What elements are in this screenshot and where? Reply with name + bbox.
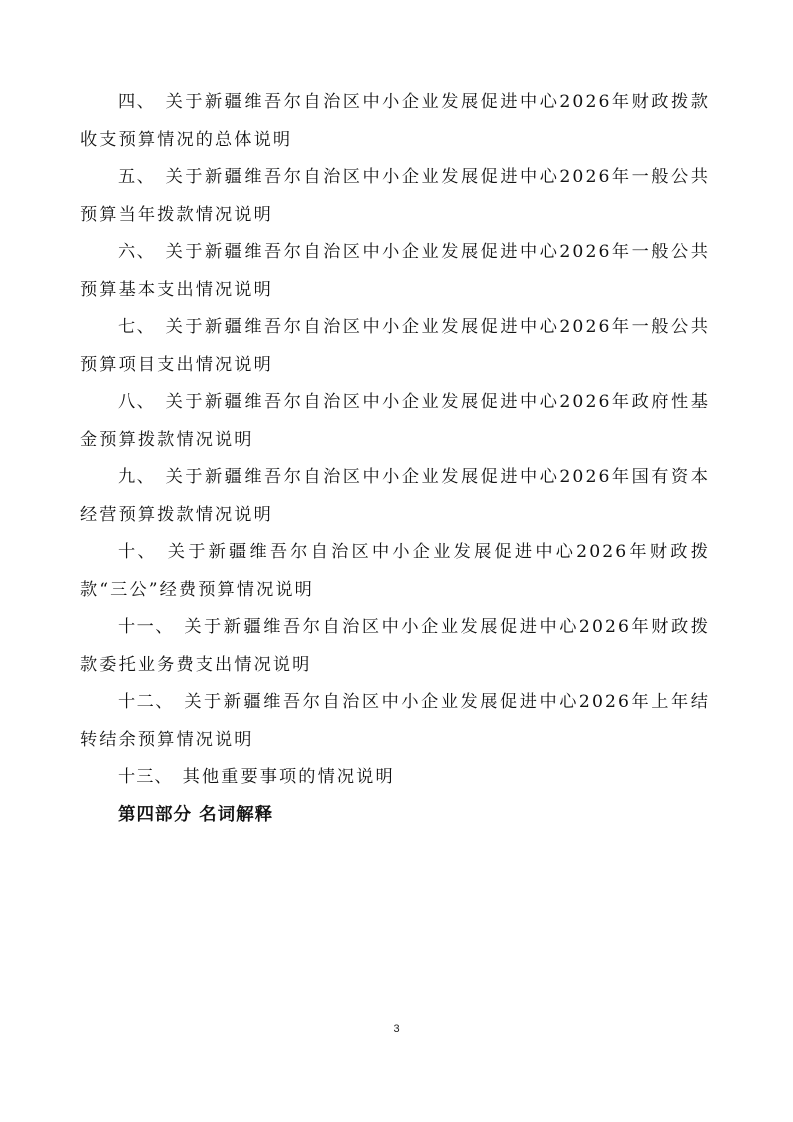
item-number: 十、 [118, 542, 157, 562]
item-number: 十二、 [118, 692, 174, 712]
item-number: 六、 [118, 242, 155, 262]
item-number: 七、 [118, 317, 155, 337]
item-text: 关于新疆维吾尔自治区中小企业发展促进中心2026年一般公共预算当年拨款情况说明 [80, 167, 710, 225]
toc-item-12: 十二、关于新疆维吾尔自治区中小企业发展促进中心2026年上年结转结余预算情况说明 [80, 684, 710, 759]
item-text: 关于新疆维吾尔自治区中小企业发展促进中心2026年一般公共预算项目支出情况说明 [80, 317, 710, 375]
toc-item-7: 七、关于新疆维吾尔自治区中小企业发展促进中心2026年一般公共预算项目支出情况说… [80, 309, 710, 384]
item-number: 十一、 [118, 617, 174, 637]
item-number: 四、 [118, 92, 155, 112]
toc-item-10: 十、关于新疆维吾尔自治区中小企业发展促进中心2026年财政拨款“三公”经费预算情… [80, 534, 710, 609]
toc-item-5: 五、关于新疆维吾尔自治区中小企业发展促进中心2026年一般公共预算当年拨款情况说… [80, 159, 710, 234]
document-page: 四、关于新疆维吾尔自治区中小企业发展促进中心2026年财政拨款收支预算情况的总体… [80, 84, 710, 834]
toc-item-9: 九、关于新疆维吾尔自治区中小企业发展促进中心2026年国有资本经营预算拨款情况说… [80, 459, 710, 534]
toc-item-8: 八、关于新疆维吾尔自治区中小企业发展促进中心2026年政府性基金预算拨款情况说明 [80, 384, 710, 459]
section-heading: 第四部分 名词解释 [80, 797, 710, 835]
item-number: 十三、 [118, 767, 173, 787]
item-text: 关于新疆维吾尔自治区中小企业发展促进中心2026年财政拨款“三公”经费预算情况说… [80, 542, 710, 600]
toc-item-4: 四、关于新疆维吾尔自治区中小企业发展促进中心2026年财政拨款收支预算情况的总体… [80, 84, 710, 159]
item-number: 五、 [118, 167, 155, 187]
item-text: 关于新疆维吾尔自治区中小企业发展促进中心2026年上年结转结余预算情况说明 [80, 692, 710, 750]
toc-item-13: 十三、其他重要事项的情况说明 [80, 759, 710, 797]
item-number: 九、 [118, 467, 155, 487]
toc-item-6: 六、关于新疆维吾尔自治区中小企业发展促进中心2026年一般公共预算基本支出情况说… [80, 234, 710, 309]
item-text: 关于新疆维吾尔自治区中小企业发展促进中心2026年财政拨款收支预算情况的总体说明 [80, 92, 710, 150]
item-text: 关于新疆维吾尔自治区中小企业发展促进中心2026年一般公共预算基本支出情况说明 [80, 242, 710, 300]
item-number: 八、 [118, 392, 155, 412]
toc-item-11: 十一、关于新疆维吾尔自治区中小企业发展促进中心2026年财政拨款委托业务费支出情… [80, 609, 710, 684]
item-text: 关于新疆维吾尔自治区中小企业发展促进中心2026年政府性基金预算拨款情况说明 [80, 392, 710, 450]
item-text: 关于新疆维吾尔自治区中小企业发展促进中心2026年财政拨款委托业务费支出情况说明 [80, 617, 710, 675]
item-text: 关于新疆维吾尔自治区中小企业发展促进中心2026年国有资本经营预算拨款情况说明 [80, 467, 710, 525]
item-text: 其他重要事项的情况说明 [183, 767, 395, 787]
page-number: 3 [0, 1023, 793, 1035]
